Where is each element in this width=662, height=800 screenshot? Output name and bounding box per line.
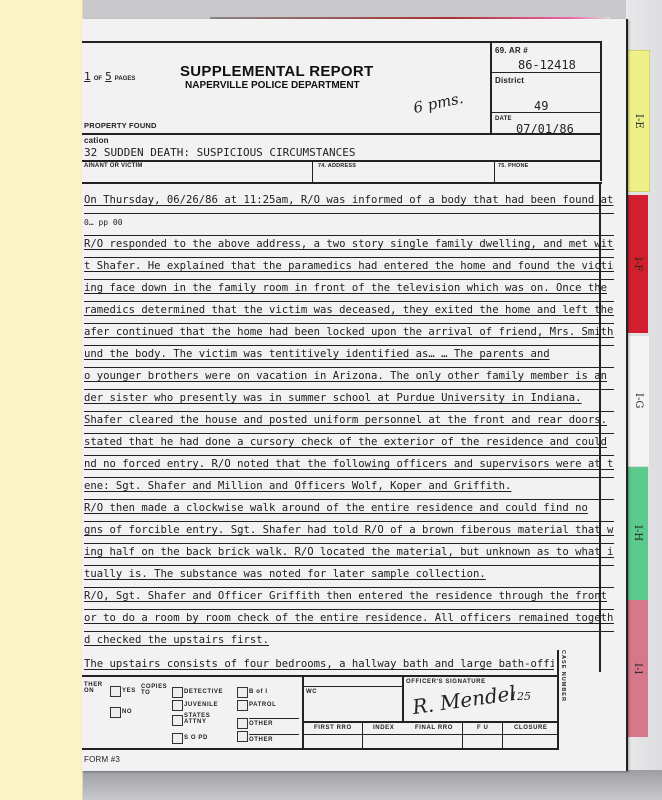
first-rro-label: FIRST RRO	[314, 725, 352, 731]
patrol-checkbox[interactable]	[237, 700, 248, 711]
complainant-label: AINANT OR VICTIM	[84, 163, 143, 169]
report-title: SUPPLEMENTAL REPORT	[180, 63, 374, 80]
other-label: THER ON	[84, 682, 102, 694]
narrative-line: tually is. The substance was noted for l…	[84, 565, 614, 588]
page-count: 1 OF 5 PAGES	[84, 70, 135, 83]
rule	[302, 721, 558, 723]
narrative-line: afer continued that the home had been lo…	[84, 323, 614, 346]
officer-signature-label: OFFICER'S SIGNATURE	[406, 679, 486, 685]
detective-label: DETECTIVE	[184, 689, 223, 695]
narrative-line: ene: Sgt. Shafer and Million and Officer…	[84, 477, 614, 500]
no-checkbox[interactable]	[110, 707, 121, 718]
copies-to-label: COPIES TO	[141, 684, 166, 696]
rule	[82, 41, 602, 43]
detective-checkbox[interactable]	[172, 687, 183, 698]
narrative-line: ing face down in the family room in fron…	[84, 279, 614, 302]
other-checkbox-2[interactable]	[237, 731, 248, 742]
rule	[82, 133, 602, 135]
rule	[494, 160, 495, 183]
rule	[462, 721, 463, 749]
tab-i-g[interactable]: I-G	[627, 335, 650, 467]
other-label-1: OTHER	[249, 721, 273, 727]
rule	[402, 677, 404, 722]
form-label: FORM #3	[84, 755, 120, 764]
district-value: 49	[534, 99, 548, 113]
rule	[490, 112, 602, 113]
rule	[302, 686, 402, 687]
phone-label: 75. PHONE	[498, 163, 529, 169]
juvenile-label: JUVENILE	[184, 702, 218, 708]
narrative-line: Shafer cleared the house and posted unif…	[84, 411, 614, 434]
rule	[362, 721, 363, 749]
rule	[502, 721, 503, 749]
narrative-line: R/O then made a clockwise walk around of…	[84, 499, 614, 522]
narrative-line: ramedics determined that the victim was …	[84, 301, 614, 324]
narrative-line: nd no forced entry. R/O noted that the f…	[84, 455, 614, 478]
badge-number: 125	[510, 690, 531, 703]
tab-i-e[interactable]: I-E	[627, 50, 650, 192]
case-number-label: CASE NUMBER	[560, 650, 566, 702]
rule	[312, 160, 313, 183]
manila-folder-edge	[0, 0, 83, 800]
yes-label: YES	[122, 688, 136, 694]
tab-i-h[interactable]: I-H	[627, 467, 648, 600]
tab-i-f[interactable]: I-F	[627, 195, 648, 333]
patrol-label: PATROL	[249, 702, 276, 708]
rule	[249, 734, 299, 735]
narrative-line: R/O, Sgt. Shafer and Officer Griffith th…	[84, 587, 614, 610]
classification-label: cation	[84, 136, 109, 145]
address-label: 74. ADDRESS	[318, 163, 356, 169]
narrative-line: stated that he had done a cursory check …	[84, 433, 614, 456]
narrative-line: or to do a room by room check of the ent…	[84, 609, 614, 632]
states-attny-label: STATES ATTNY	[184, 713, 214, 725]
narrative-line: t Shafer. He explained that the paramedi…	[84, 257, 614, 280]
fu-label: F U	[477, 725, 488, 731]
narrative-line: R/O responded to the above address, a tw…	[84, 235, 614, 258]
background-bottom	[80, 770, 662, 800]
closure-label: CLOSURE	[514, 725, 548, 731]
narrative-line: 0… pp 00	[84, 213, 614, 236]
rule	[82, 748, 558, 750]
rule	[302, 734, 558, 735]
yes-checkbox[interactable]	[110, 686, 121, 697]
narrative-line: o younger brothers were on vacation in A…	[84, 367, 614, 390]
narrative-line: d checked the upstairs first.	[84, 631, 614, 653]
narrative-line: der sister who presently was in summer s…	[84, 389, 614, 412]
so-pd-label: S O PD	[184, 735, 208, 741]
b-of-i-checkbox[interactable]	[237, 687, 248, 698]
rule	[249, 718, 299, 719]
rule	[82, 675, 558, 677]
rule	[82, 182, 602, 184]
narrative-line: gns of forcible entry. Sgt. Shafer had t…	[84, 521, 614, 544]
so-pd-checkbox[interactable]	[172, 733, 183, 744]
classification-value: 32 SUDDEN DEATH: SUSPICIOUS CIRCUMSTANCE…	[84, 146, 356, 159]
states-attny-checkbox[interactable]	[172, 715, 183, 726]
date-label: DATE	[495, 116, 512, 122]
rule	[490, 72, 602, 73]
no-label: NO	[122, 709, 132, 715]
ar-value: 86-12418	[518, 58, 576, 72]
property-found-label: PROPERTY FOUND	[84, 121, 157, 130]
rule	[302, 677, 304, 749]
tab-i-i[interactable]: I-I	[627, 600, 648, 737]
other-checkbox-1[interactable]	[237, 718, 248, 729]
ar-label: 69. AR #	[495, 46, 528, 55]
narrative-line: und the body. The victim was tentitively…	[84, 345, 614, 368]
narrative-line: On Thursday, 06/26/86 at 11:25am, R/O wa…	[84, 191, 614, 214]
rule	[557, 650, 559, 750]
narrative-line: ing half on the back brick walk. R/O loc…	[84, 543, 614, 566]
final-rro-label: FINAL RRO	[415, 725, 453, 731]
narrative-line: The upstairs consists of four bedrooms, …	[84, 655, 554, 677]
district-label: District	[495, 76, 524, 85]
rule	[490, 41, 492, 133]
index-label: INDEX	[373, 725, 394, 731]
b-of-i-label: B of I	[249, 689, 268, 695]
department-name: NAPERVILLE POLICE DEPARTMENT	[185, 80, 360, 91]
other-label-2: OTHER	[249, 737, 273, 743]
juvenile-checkbox[interactable]	[172, 700, 183, 711]
rule	[82, 160, 602, 162]
wc-label: WC	[306, 689, 317, 695]
